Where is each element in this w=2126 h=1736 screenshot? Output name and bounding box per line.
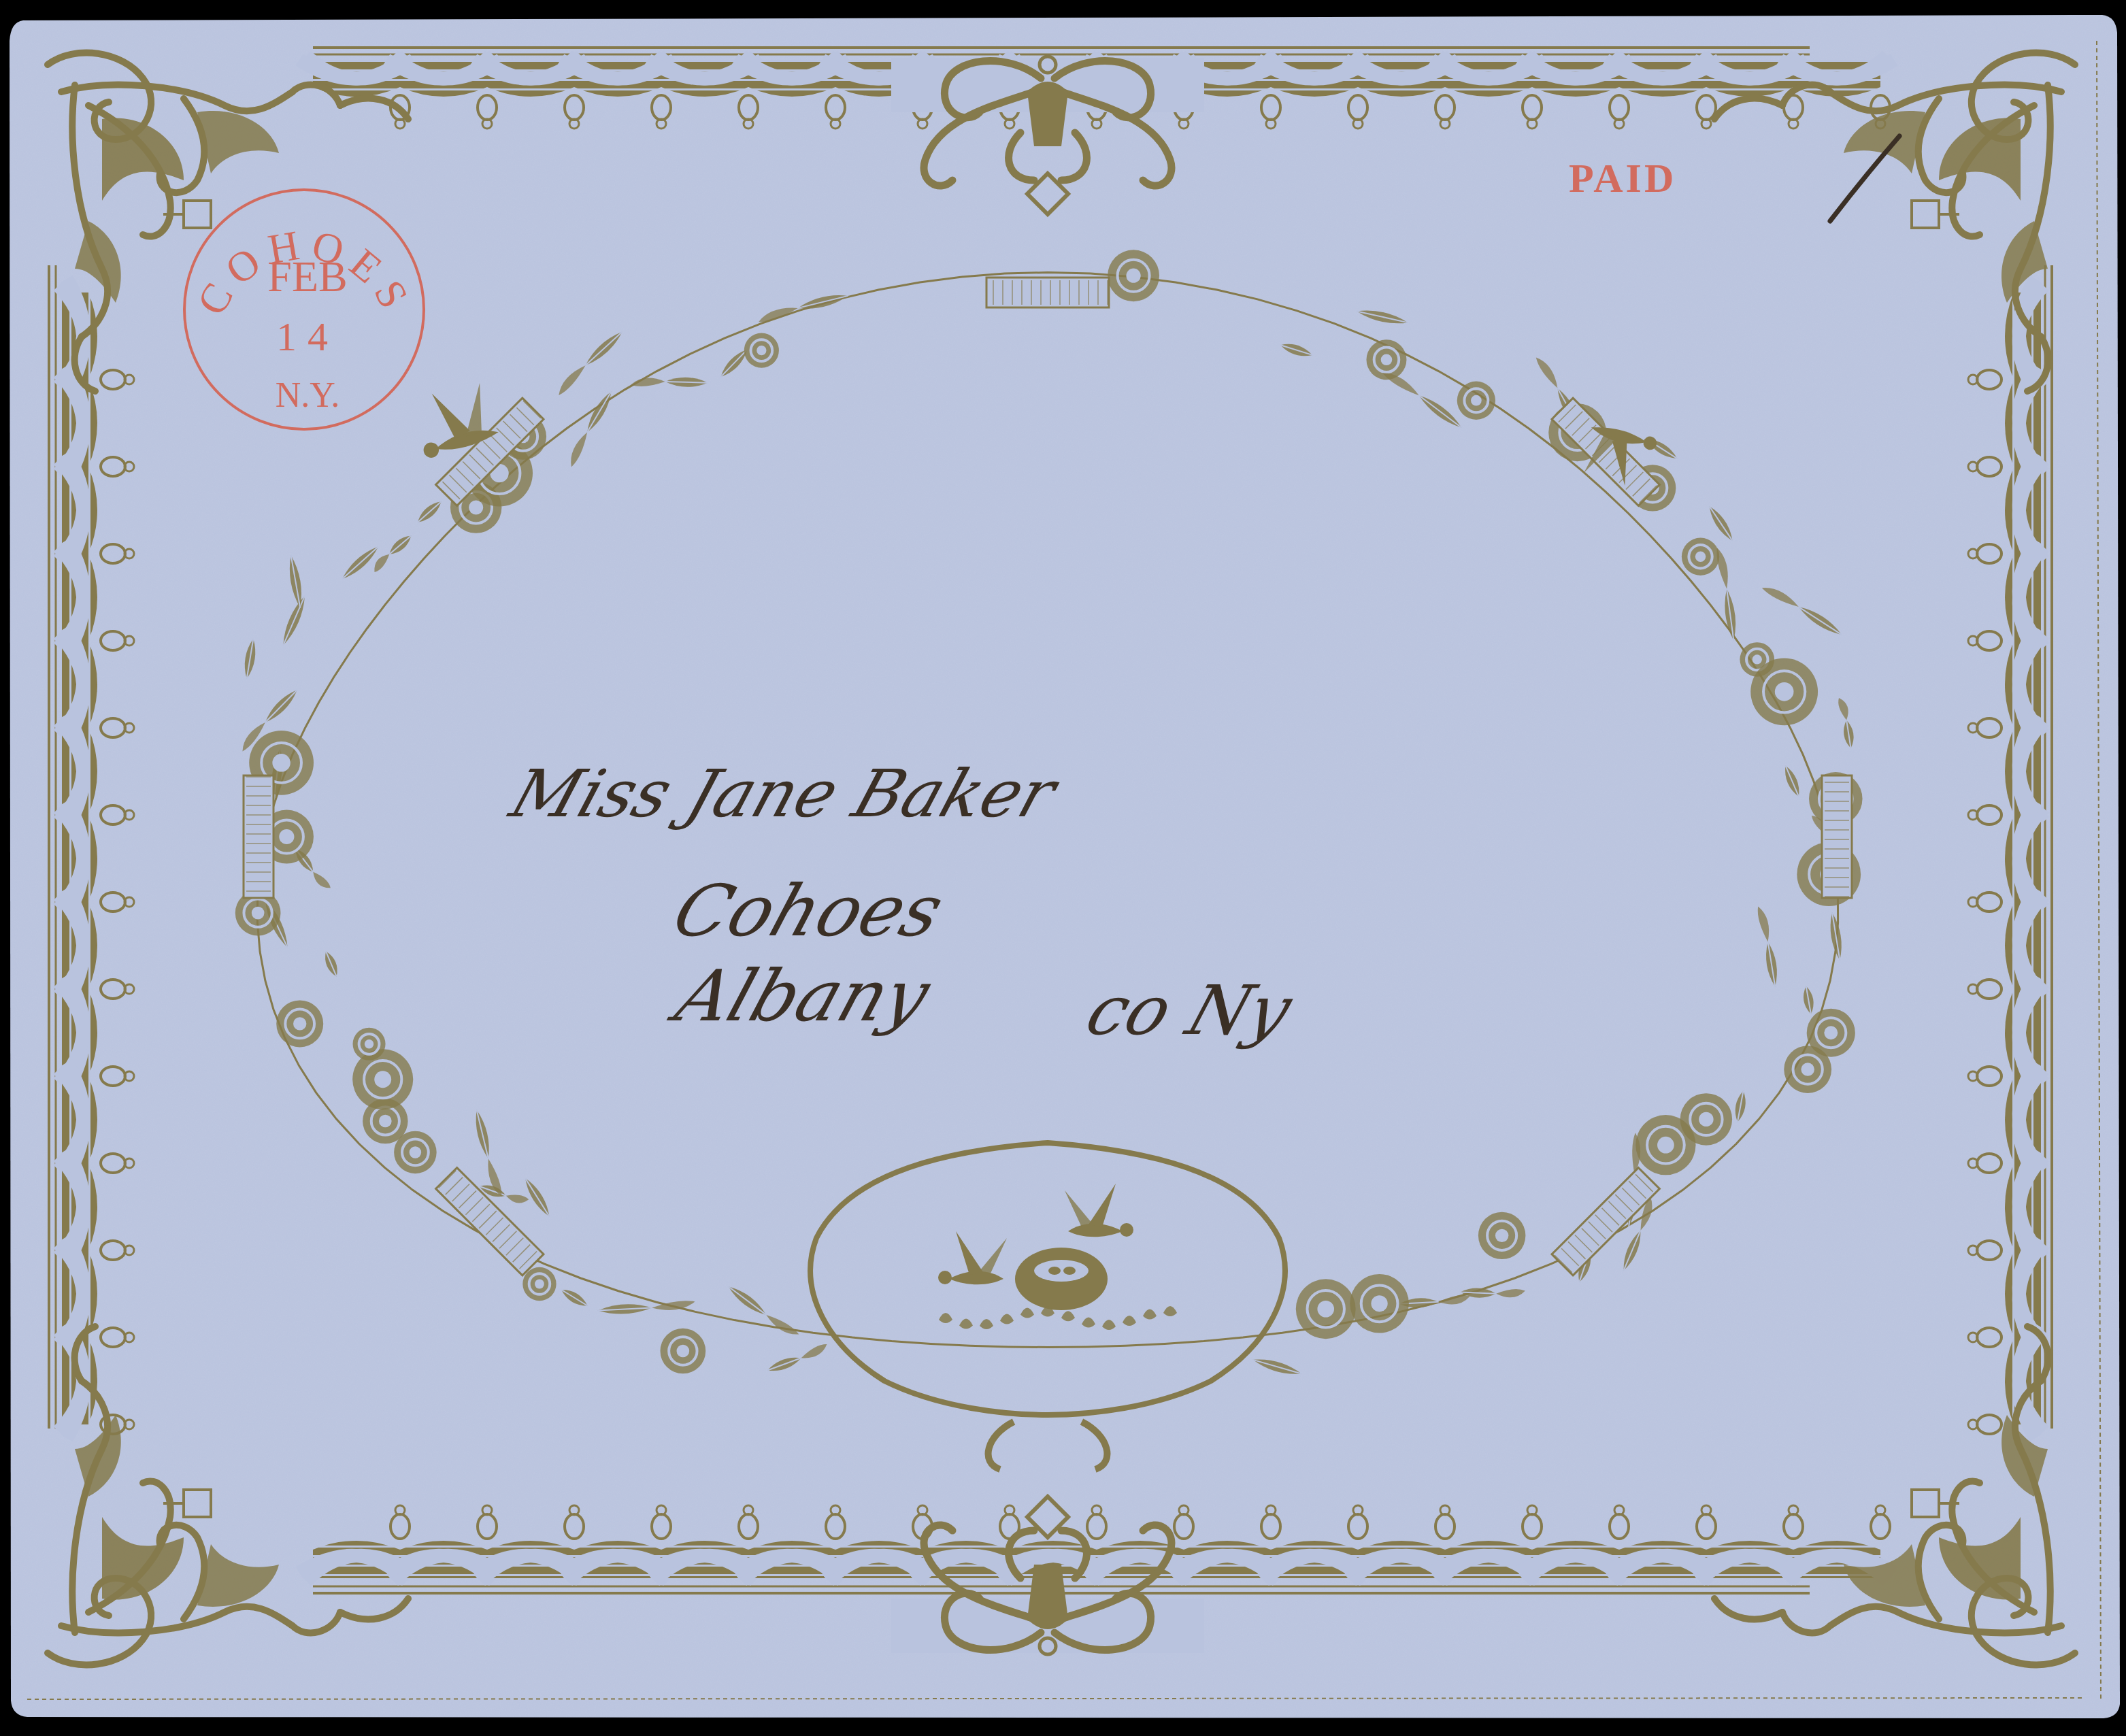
address-county: Albany: [661, 955, 941, 1037]
postmark-state: N.Y.: [276, 376, 339, 415]
address-city: Cohoes: [663, 870, 953, 952]
envelope-scan: COHOES FEB 14 N.Y. PAID 1 Miss Jane Bake…: [0, 0, 2126, 1736]
paid-handstamp: PAID: [1569, 156, 1676, 201]
address-state: co Ny: [1077, 971, 1303, 1050]
address-addressee: Miss Jane Baker: [501, 756, 1068, 832]
postmark-month: FEB: [267, 252, 347, 301]
postmark-day: 14: [276, 314, 339, 359]
